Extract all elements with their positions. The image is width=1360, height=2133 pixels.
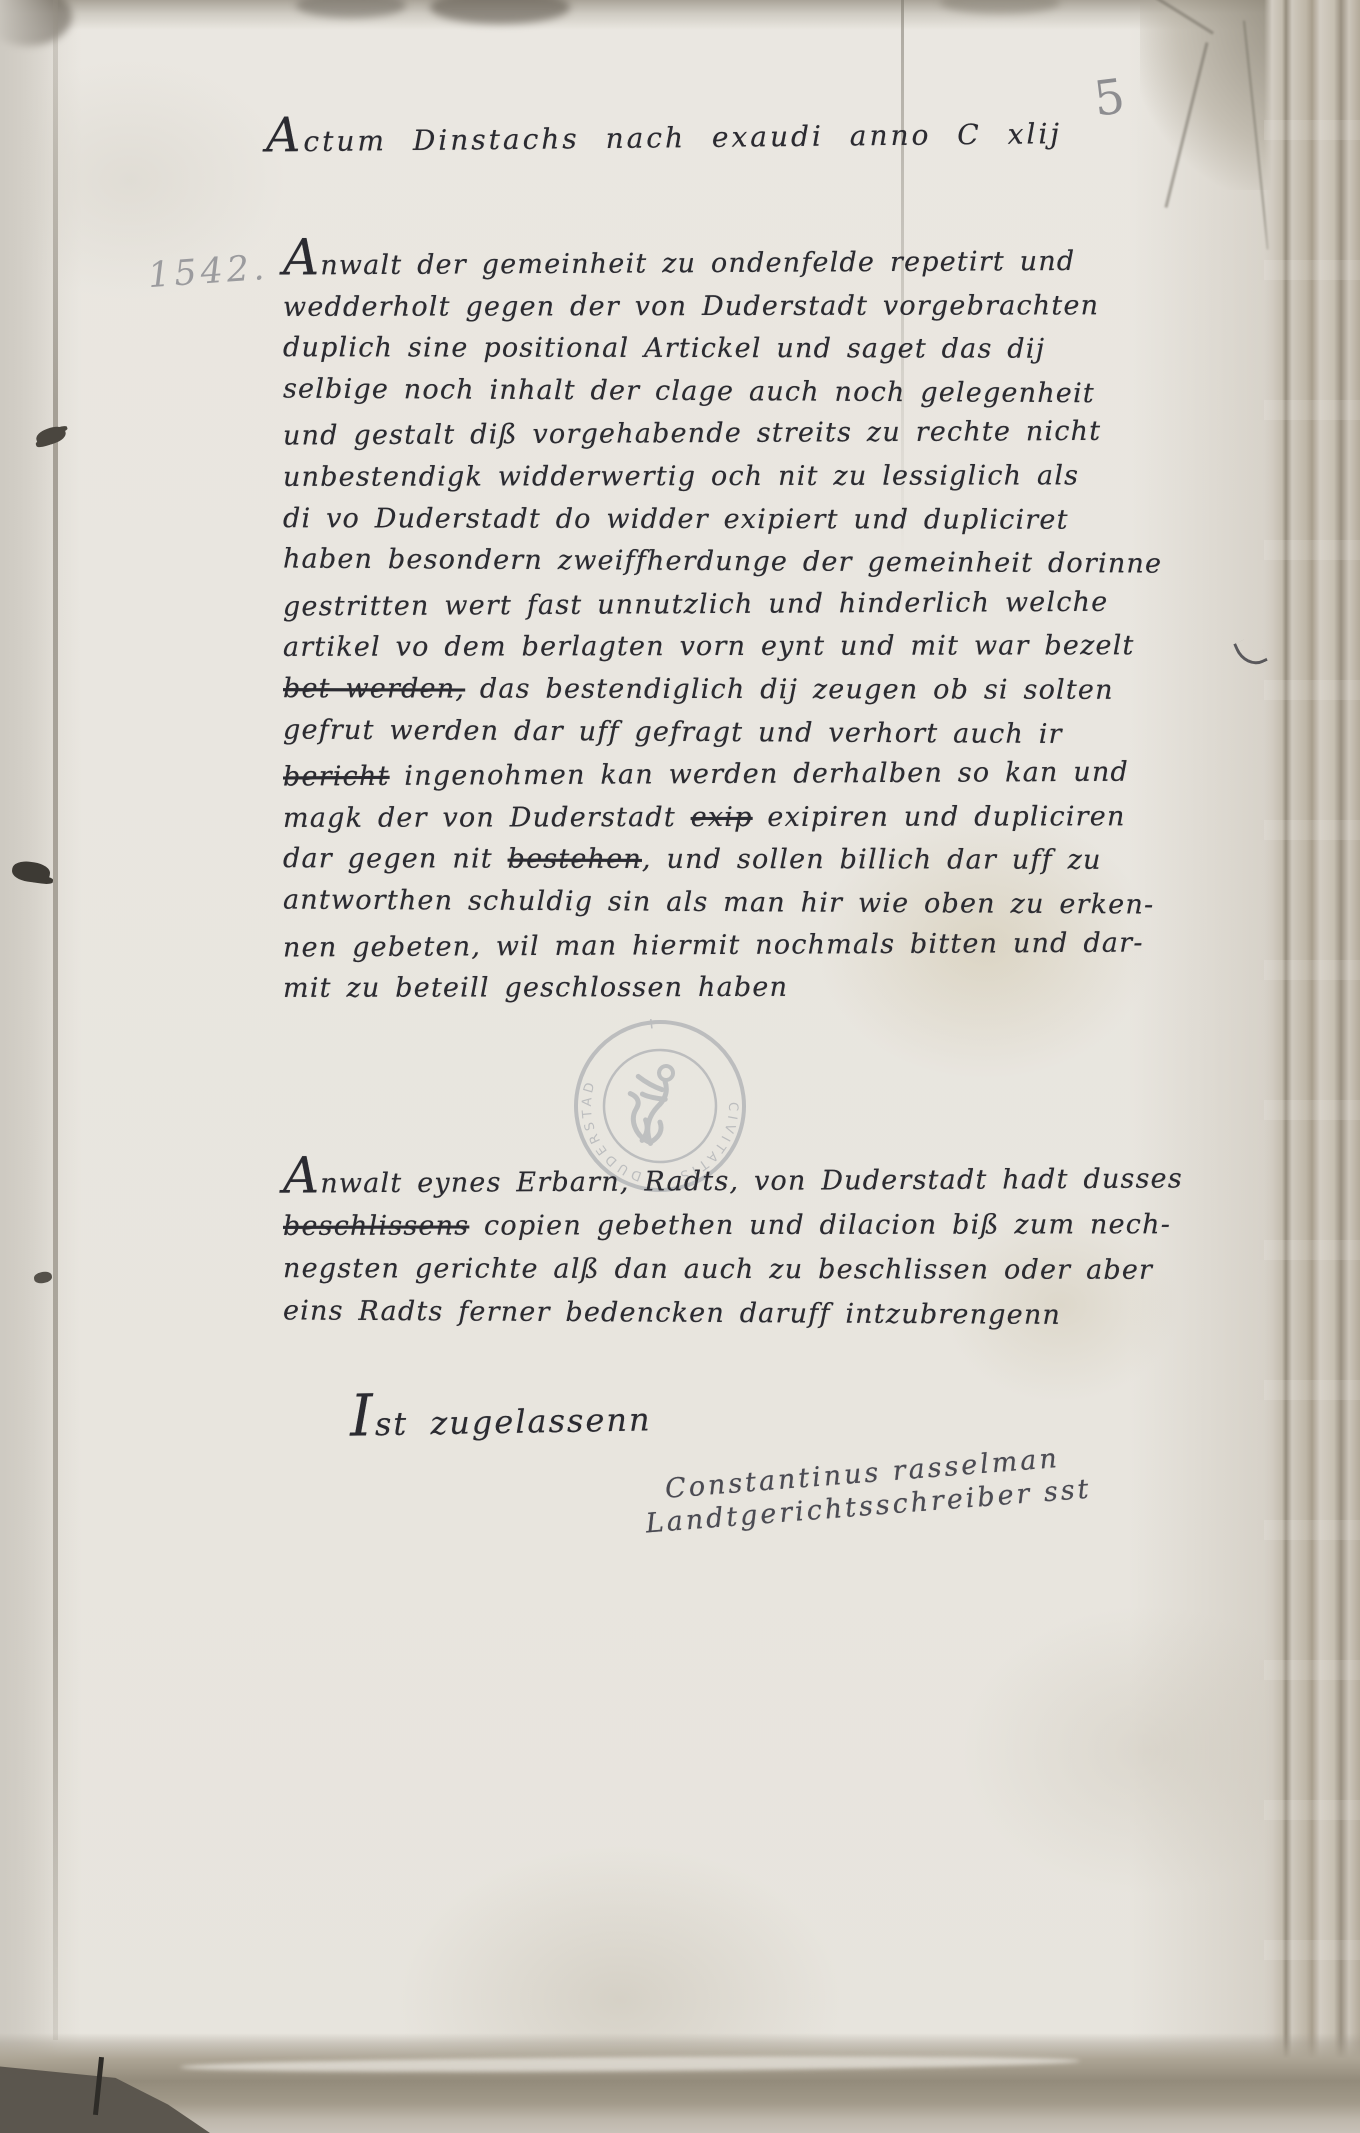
- page-stack-bottom-edge: [0, 2033, 1360, 2133]
- manuscript-line: di vo Duderstadt do widder exipiert und …: [283, 498, 1143, 542]
- struck-text: bestehen: [508, 844, 642, 875]
- year-annotation: 1542.: [147, 248, 270, 296]
- struck-text: bericht: [283, 761, 390, 793]
- manuscript-line: haben besondern zweiffherdunge der gemei…: [283, 539, 1143, 587]
- manuscript-line: beschlissens copien gebethen und dilacio…: [283, 1203, 1183, 1249]
- seal-top-mark: ✛: [645, 1016, 662, 1033]
- decision-line: Ist zugelassenn: [349, 1377, 652, 1449]
- manuscript-line: unbestendigk widderwertig och nit zu les…: [283, 455, 1143, 499]
- struck-text: bet werden,: [283, 673, 465, 704]
- struck-text: exip: [691, 802, 753, 833]
- manuscript-line: artikel vo dem berlagten vorn eynt und m…: [283, 626, 1143, 670]
- manuscript-line: nen gebeten, wil man hiermit nochmals bi…: [283, 922, 1143, 970]
- manuscript-line: dar gegen nit bestehen, und sollen billi…: [283, 838, 1143, 882]
- manuscript-line: Anwalt der gemeinheit zu ondenfelde repe…: [283, 236, 1143, 289]
- manuscript-line: selbige noch inhalt der clage auch noch …: [283, 368, 1143, 416]
- manuscript-line: eins Radts ferner bedencken daruff intzu…: [283, 1289, 1183, 1338]
- stray-ink-mark: [1233, 634, 1268, 671]
- manuscript-scan: 5 1542. Actum Dinstachs nach exaudi anno…: [0, 0, 1360, 2133]
- manuscript-line: Anwalt eynes Erbarn, Radts, von Dudersta…: [283, 1153, 1183, 1206]
- manuscript-line: und gestalt diß vorgehabende streits zu …: [283, 411, 1143, 459]
- left-page-edge: [0, 0, 58, 2133]
- struck-text: beschlissens: [283, 1211, 469, 1242]
- signature-block: Constantinus rasselman Landtgerichtsschr…: [664, 1441, 1092, 1538]
- seal-lion-icon: [627, 1065, 681, 1145]
- manuscript-line: gestritten wert fast unnutzlich und hind…: [283, 581, 1143, 629]
- heading-line: Actum Dinstachs nach exaudi anno C xlij: [266, 99, 1127, 163]
- manuscript-line: magk der von Duderstadt exip exipiren un…: [283, 796, 1143, 840]
- manuscript-line: negsten gerichte alß dan auch zu beschli…: [283, 1247, 1183, 1293]
- page-stack-right-edge: [1264, 0, 1360, 2133]
- manuscript-line: wedderholt gegen der von Duderstadt vorg…: [283, 285, 1143, 329]
- manuscript-line: antworthen schuldig sin als man hir wie …: [283, 879, 1143, 927]
- binding-fold: [53, 0, 58, 2040]
- manuscript-line: bericht ingenohmen kan werden derhalben …: [283, 752, 1143, 800]
- manuscript-line: bet werden, das bestendiglich dij zeugen…: [283, 668, 1143, 712]
- manuscript-line: duplich sine positional Artickel und sag…: [283, 327, 1143, 371]
- body-paragraph-1: Anwalt der gemeinheit zu ondenfelde repe…: [283, 238, 1143, 1010]
- manuscript-line: gefrut werden dar uff gefragt und verhor…: [283, 709, 1143, 757]
- body-paragraph-2: Anwalt eynes Erbarn, Radts, von Dudersta…: [283, 1156, 1183, 1336]
